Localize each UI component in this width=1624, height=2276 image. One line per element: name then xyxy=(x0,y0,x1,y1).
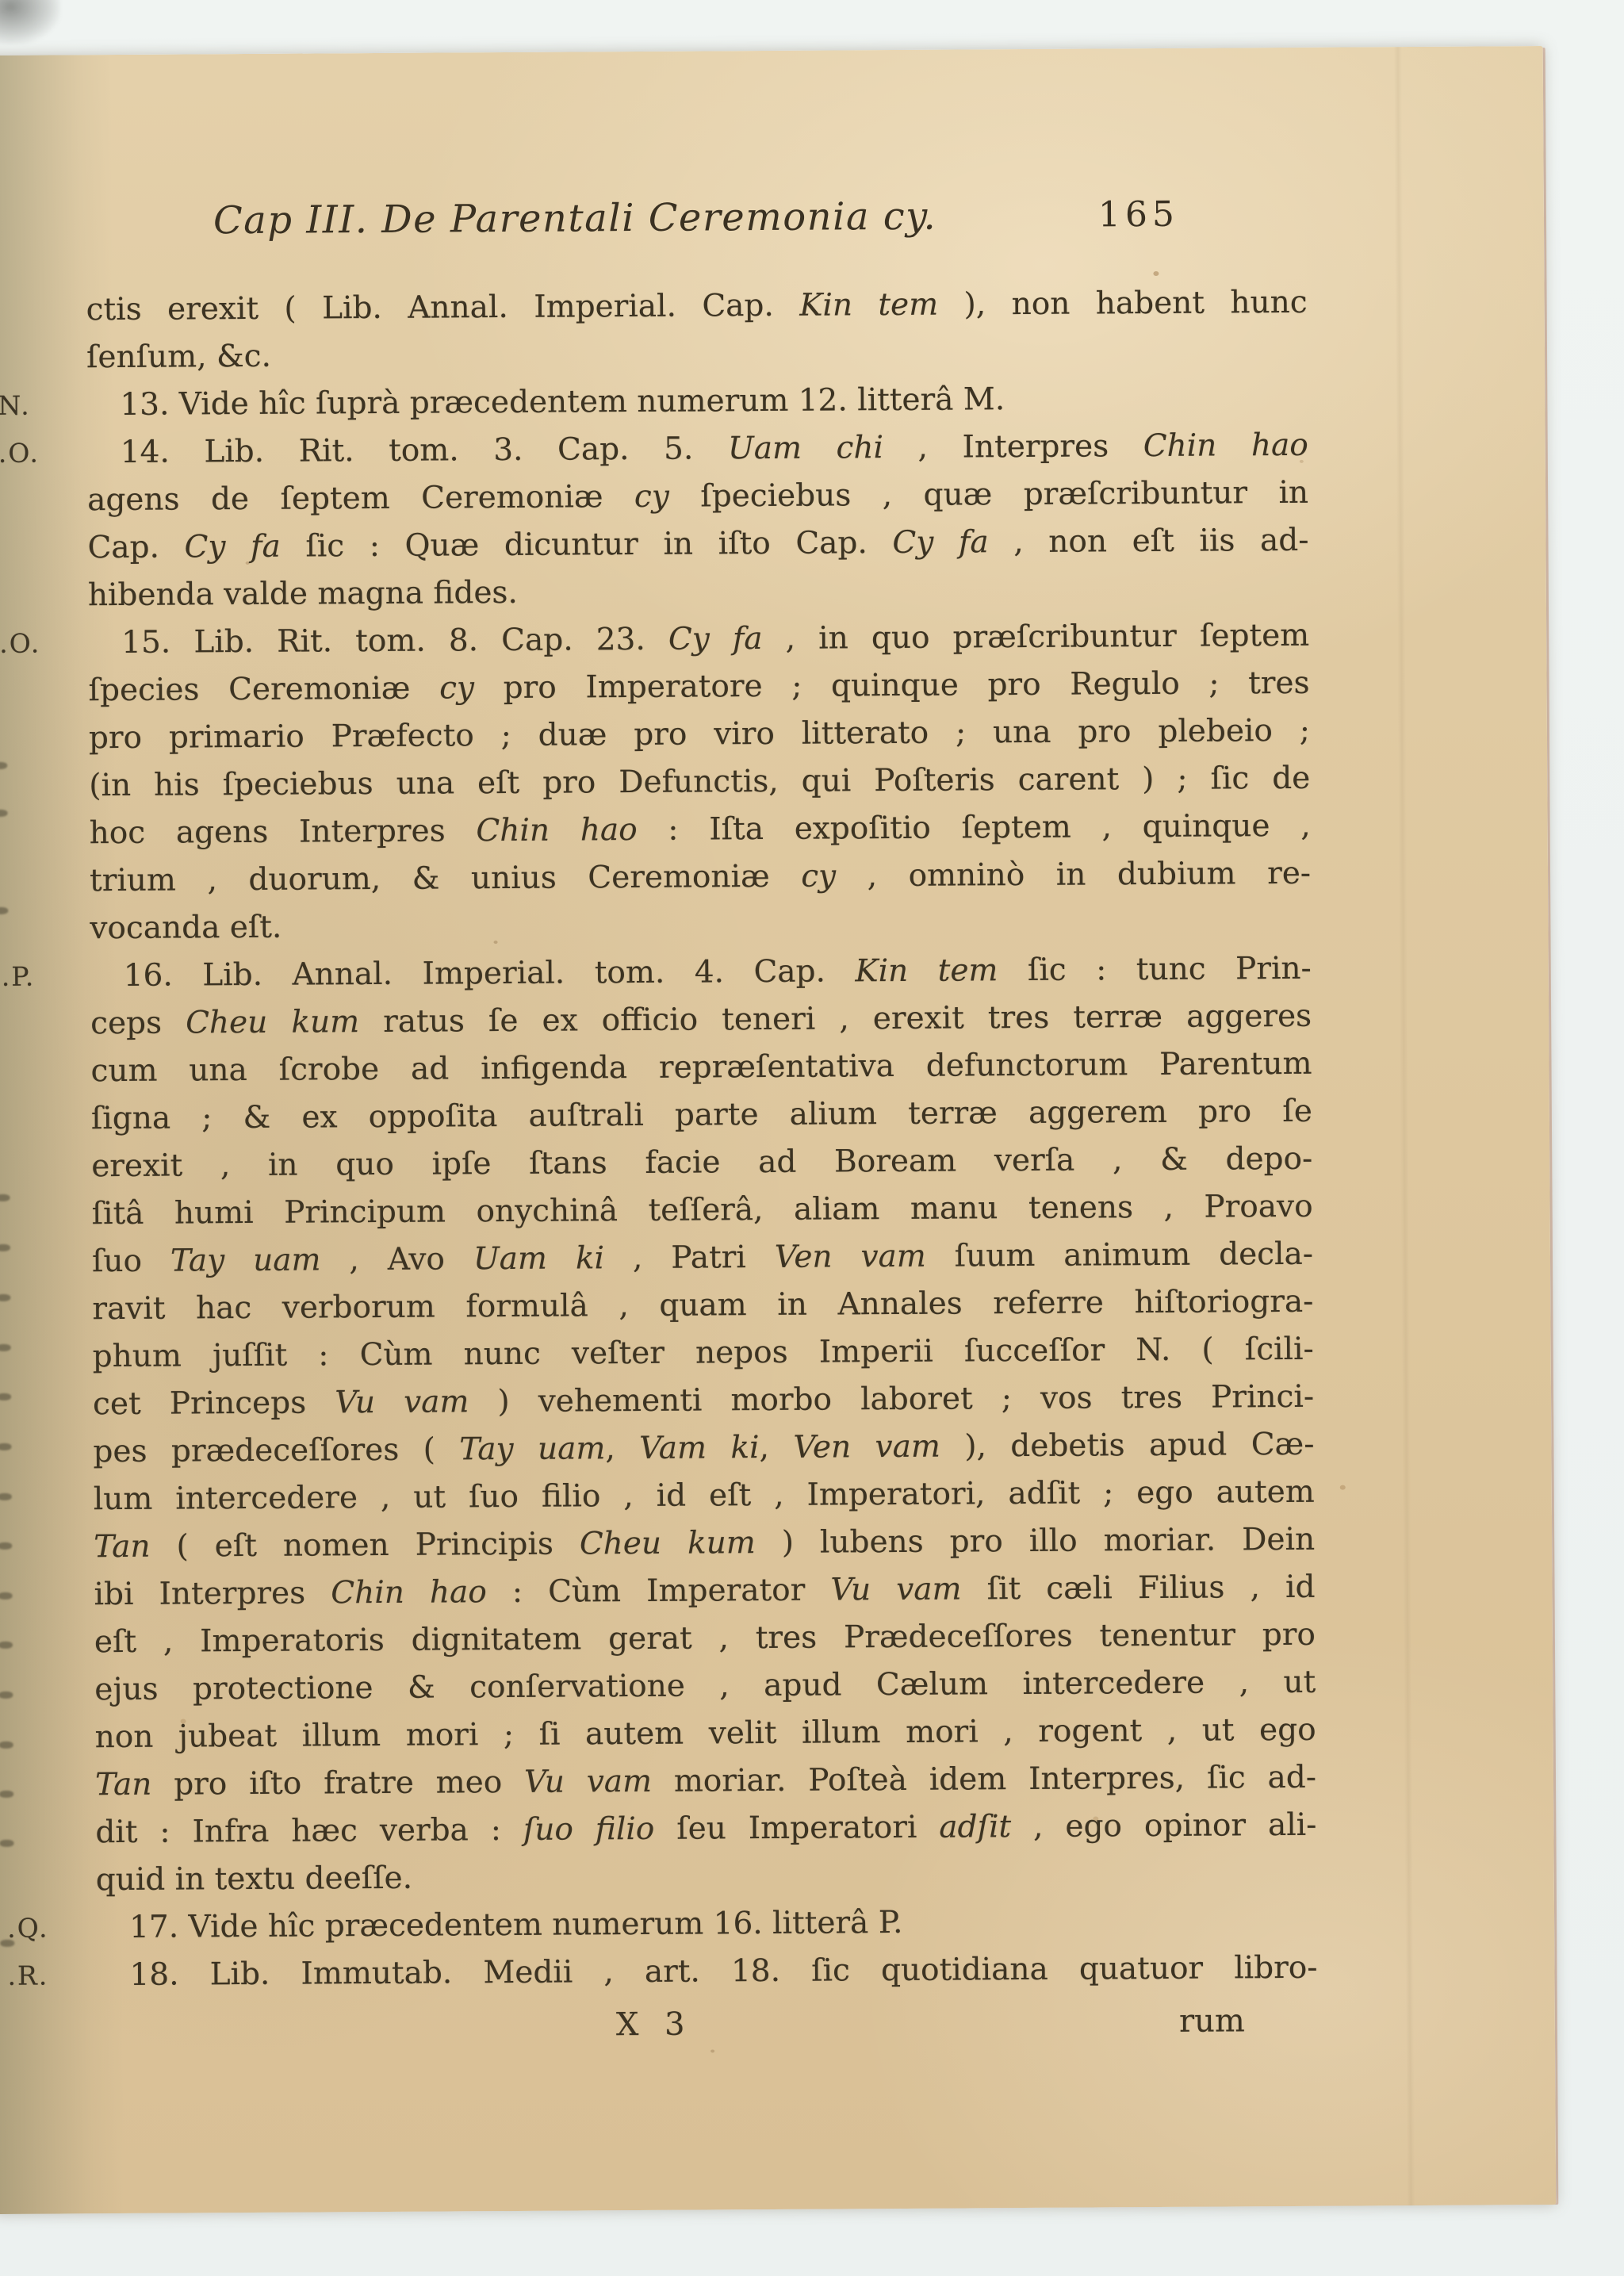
text-segment: ), debetis apud Cæ- xyxy=(940,1427,1315,1465)
edge-ink-fragment xyxy=(0,1840,14,1847)
text-segment: dit : Infra hæc verba : xyxy=(95,1812,523,1850)
text-segment: 13. Vide hîc ſuprà præcedentem numerum 1… xyxy=(120,381,1005,423)
italic-term: Vu vam xyxy=(335,1384,469,1420)
text-segment: 18. Lib. Immutab. Medii , art. 18. ſic q… xyxy=(129,1950,1317,1993)
italic-term: Cy fa xyxy=(892,524,988,561)
text-segment: vocanda eſt. xyxy=(90,910,282,946)
text-segment: , Avo xyxy=(320,1241,473,1278)
signature-line: X 3 rum xyxy=(97,1997,1318,2052)
text-segment: , Interpres xyxy=(883,428,1143,466)
text-segment: lum intercedere , ut ſuo filio , id eſt … xyxy=(94,1474,1315,1517)
text-line: quid in textu deeſſe. xyxy=(96,1849,1317,1904)
italic-term: Uam ki xyxy=(473,1240,604,1277)
italic-term: Chin hao xyxy=(331,1574,487,1611)
text-segment: ratus ſe ex officio teneri , erexit tres… xyxy=(359,998,1312,1040)
edge-ink-fragment xyxy=(0,1642,13,1649)
text-line: trium , duorum, & unius Ceremoniæ cy , o… xyxy=(90,850,1311,905)
text-line: 17. Vide hîc præcedentem numerum 16. lit… xyxy=(96,1897,1317,1952)
paragraph: N.13. Vide hîc ſuprà præcedentem numerum… xyxy=(86,374,1308,429)
text-segment: ſic : Quæ dicuntur in iſto Cap. xyxy=(281,525,893,565)
text-segment: , xyxy=(759,1430,793,1466)
text-line: erexit , in quo ipſe ſtans facie ad Bore… xyxy=(91,1136,1312,1190)
text-segment: pro primario Præfecto ; duæ pro viro lit… xyxy=(89,713,1310,756)
text-segment: ibi Interpres xyxy=(94,1575,331,1612)
margin-reference-letter: .R. xyxy=(7,1952,86,2000)
text-line: pes prædeceſſores ( Tay uam, Vam ki, Ven… xyxy=(93,1421,1314,1476)
italic-term: Tay uam xyxy=(459,1431,605,1467)
text-segment: ſitâ humi Principum onychinâ teſſerâ, al… xyxy=(91,1189,1312,1232)
text-segment: : Iſta expoſitio ſeptem , quinque , xyxy=(637,808,1310,848)
text-segment: ) lubens pro illo moriar. Dein xyxy=(756,1522,1316,1561)
text-line: ceps Cheu kum ratus ſe ex officio teneri… xyxy=(90,993,1312,1048)
text-segment: moriar. Poſteà idem Interpres, ſic ad- xyxy=(652,1760,1316,1799)
italic-term: Ven vam xyxy=(775,1239,926,1275)
text-line: ravit hac verborum formulâ , quam in Ann… xyxy=(92,1278,1313,1333)
text-line: Tan ( eſt nomen Principis Cheu kum ) lub… xyxy=(94,1516,1315,1571)
text-segment: cum una ſcrobe ad infigenda repræſentati… xyxy=(90,1046,1312,1089)
italic-term: Cy fa xyxy=(184,529,280,565)
text-line: eſt , Imperatoris dignitatem gerat , tre… xyxy=(94,1611,1316,1666)
scan-background: { "page": { "header": { "title": "Cap II… xyxy=(0,0,1624,2276)
text-segment: hoc agens Interpres xyxy=(90,813,477,851)
italic-term: Chin hao xyxy=(1143,427,1308,464)
edge-ink-fragment xyxy=(0,1791,13,1798)
text-line: 15. Lib. Rit. tom. 8. Cap. 23. Cy fa , i… xyxy=(88,612,1309,667)
text-line: Tan pro iſto fratre meo Vu vam moriar. P… xyxy=(95,1754,1316,1809)
text-segment: ſit cæli Filius , id xyxy=(961,1569,1315,1607)
text-line: hoc agens Interpres Chin hao : Iſta expo… xyxy=(90,803,1311,857)
text-segment: , xyxy=(605,1431,639,1466)
text-segment: , in quo præſcribuntur ſeptem xyxy=(762,618,1309,657)
italic-term: Uam chi xyxy=(728,430,883,466)
text-segment: quid in textu deeſſe. xyxy=(96,1860,413,1898)
text-segment: ſenſum, &c. xyxy=(86,339,271,375)
italic-term: Vu vam xyxy=(830,1572,961,1608)
text-segment: hibenda valde magna fides. xyxy=(88,575,518,613)
text-segment: 16. Lib. Annal. Imperial. tom. 4. Cap. xyxy=(124,953,856,994)
edge-fragments xyxy=(0,46,1543,56)
text-segment: (in his ſpeciebus una eſt pro Defunctis,… xyxy=(89,761,1310,803)
text-segment: ſpeciebus , quæ præſcribuntur in xyxy=(669,475,1309,515)
text-line: phum juſſit : Cùm nunc veſter nepos Impe… xyxy=(93,1326,1314,1381)
text-segment: ), non habent hunc xyxy=(938,285,1308,323)
edge-ink-fragment xyxy=(0,1493,12,1500)
text-segment: 17. Vide hîc præcedentem numerum 16. lit… xyxy=(129,1905,903,1945)
edge-ink-fragment xyxy=(0,1741,13,1749)
margin-reference-letter: .O. xyxy=(0,429,78,477)
paragraph: ctis erexit ( Lib. Annal. Imperial. Cap.… xyxy=(86,279,1308,381)
italic-term: Ven vam xyxy=(793,1429,940,1466)
italic-term: Kin tem xyxy=(799,287,938,324)
text-line: vocanda eſt. xyxy=(90,898,1311,952)
italic-term: Cheu kum xyxy=(580,1525,756,1561)
page-number: 165 xyxy=(1098,194,1179,236)
edge-ink-fragment xyxy=(0,1940,14,1947)
text-segment: 14. Lib. Rit. tom. 3. Cap. 5. xyxy=(121,431,728,470)
text-segment: ) vehementi morbo laboret ; vos tres Pri… xyxy=(469,1379,1314,1420)
catchword: rum xyxy=(1179,1997,1245,2045)
text-segment: , non eſt iis ad- xyxy=(989,523,1309,560)
text-segment: cet Princeps xyxy=(93,1385,335,1422)
italic-term: Tan xyxy=(94,1529,151,1565)
text-segment: phum juſſit : Cùm nunc veſter nepos Impe… xyxy=(93,1331,1314,1374)
page-crease xyxy=(1394,47,1415,2205)
paragraph: .R.18. Lib. Immutab. Medii , art. 18. ſi… xyxy=(96,1945,1317,1999)
text-line: hibenda valde magna fides. xyxy=(88,565,1309,619)
text-line: non jubeat illum mori ; ſi autem velit i… xyxy=(94,1707,1316,1761)
edge-ink-fragment xyxy=(0,1692,13,1699)
text-line: ſenſum, &c. xyxy=(86,327,1308,381)
text-line: 13. Vide hîc ſuprà præcedentem numerum 1… xyxy=(86,374,1308,429)
text-line: lum intercedere , ut ſuo filio , id eſt … xyxy=(94,1469,1315,1523)
italic-term: adſit xyxy=(939,1809,1011,1845)
margin-reference-letter: N. xyxy=(0,381,78,430)
italic-term: Tan xyxy=(95,1767,152,1803)
text-segment: : Cùm Imperator xyxy=(487,1573,831,1611)
text-line: cum una ſcrobe ad infigenda repræſentati… xyxy=(90,1040,1312,1095)
margin-reference-letter: .O. xyxy=(0,619,79,668)
paragraph: .O.14. Lib. Rit. tom. 3. Cap. 5. Uam chi… xyxy=(87,422,1309,619)
text-segment: 15. Lib. Rit. tom. 8. Cap. 23. xyxy=(121,622,668,661)
text-segment: ſeu Imperatori xyxy=(654,1810,939,1847)
text-segment: erexit , in quo ipſe ſtans facie ad Bore… xyxy=(91,1141,1312,1184)
text-line: pro primario Præfecto ; duæ pro viro lit… xyxy=(89,707,1310,762)
text-line: ſitâ humi Principum onychinâ teſſerâ, al… xyxy=(91,1183,1312,1238)
gathering-signature: X 3 xyxy=(616,2001,693,2049)
text-segment: , Patri xyxy=(604,1240,775,1276)
text-line: ſigna ; & ex oppoſita auſtrali parte ali… xyxy=(91,1088,1312,1143)
text-line: dit : Infra hæc verba : ſuo filio ſeu Im… xyxy=(95,1802,1316,1856)
paragraph: .O.15. Lib. Rit. tom. 8. Cap. 23. Cy fa … xyxy=(88,612,1312,952)
book-page: Cap III. De Parentali Ceremonia cy. 165 … xyxy=(0,46,1556,2214)
text-segment: , omninò in dubium re- xyxy=(836,856,1311,895)
italic-term: Kin tem xyxy=(855,952,998,989)
running-title: Cap III. De Parentali Ceremonia cy. xyxy=(213,194,937,243)
text-body: ctis erexit ( Lib. Annal. Imperial. Cap.… xyxy=(86,279,1317,1999)
text-segment: ſuum animum decla- xyxy=(926,1236,1313,1274)
scan-corner-smudge xyxy=(0,0,60,44)
italic-term: cy xyxy=(439,670,474,706)
paragraph: .Q.17. Vide hîc præcedentem numerum 16. … xyxy=(96,1897,1317,1952)
text-segment: ravit hac verborum formulâ , quam in Ann… xyxy=(92,1284,1313,1327)
text-segment: ctis erexit ( Lib. Annal. Imperial. Cap. xyxy=(86,288,800,328)
text-line: ejus protectione & conſervatione , apud … xyxy=(94,1659,1316,1714)
text-segment: trium , duorum, & unius Ceremoniæ xyxy=(90,859,801,899)
text-line: ſpecies Ceremoniæ cy pro Imperatore ; qu… xyxy=(88,660,1309,715)
edge-ink-fragment xyxy=(0,1592,13,1600)
italic-term: Tay uam xyxy=(170,1242,321,1278)
text-segment: ſigna ; & ex oppoſita auſtrali parte ali… xyxy=(91,1094,1312,1136)
edge-ink-fragment xyxy=(0,1542,12,1550)
italic-term: Cy fa xyxy=(668,621,763,657)
margin-reference-letter: .P. xyxy=(2,952,81,1001)
text-segment: , ego opinor ali- xyxy=(1011,1807,1317,1845)
text-line: ctis erexit ( Lib. Annal. Imperial. Cap.… xyxy=(86,279,1307,334)
italic-term: ſuo filio xyxy=(523,1811,655,1848)
text-segment: agens de ſeptem Ceremoniæ xyxy=(87,479,634,518)
text-segment: ſic : tunc Prin- xyxy=(998,951,1312,988)
text-line: ibi Interpres Chin hao : Cùm Imperator V… xyxy=(94,1564,1315,1619)
italic-term: Chin hao xyxy=(476,812,637,849)
text-line: agens de ſeptem Ceremoniæ cy ſpeciebus ,… xyxy=(87,469,1308,524)
text-line: Cap. Cy fa ſic : Quæ dicuntur in iſto Ca… xyxy=(87,517,1308,572)
italic-term: Vu vam xyxy=(524,1764,652,1800)
italic-term: cy xyxy=(801,858,836,894)
text-segment: ceps xyxy=(90,1005,186,1041)
italic-term: Cheu kum xyxy=(186,1004,359,1040)
text-segment: eſt , Imperatoris dignitatem gerat , tre… xyxy=(94,1617,1316,1660)
text-segment: ſpecies Ceremoniæ xyxy=(88,671,439,709)
margin-reference-letter: .Q. xyxy=(7,1904,86,1952)
text-segment: ejus protectione & conſervatione , apud … xyxy=(94,1665,1316,1707)
text-segment: pro iſto fratre meo xyxy=(151,1764,524,1803)
text-line: 16. Lib. Annal. Imperial. tom. 4. Cap. K… xyxy=(90,945,1312,1000)
text-line: (in his ſpeciebus una eſt pro Defunctis,… xyxy=(89,755,1310,810)
text-segment: ( eſt nomen Principis xyxy=(150,1526,580,1564)
text-segment: pes prædeceſſores ( xyxy=(93,1431,459,1469)
text-line: cet Princeps Vu vam ) vehementi morbo la… xyxy=(93,1374,1314,1428)
text-segment: Cap. xyxy=(87,529,184,565)
text-line: 18. Lib. Immutab. Medii , art. 18. ſic q… xyxy=(96,1945,1317,1999)
text-segment: pro Imperatore ; quinque pro Regulo ; tr… xyxy=(474,665,1310,706)
text-line: 14. Lib. Rit. tom. 3. Cap. 5. Uam chi , … xyxy=(87,422,1308,477)
text-line: ſuo Tay uam , Avo Uam ki , Patri Ven vam… xyxy=(92,1231,1313,1286)
italic-term: cy xyxy=(634,479,669,515)
italic-term: Vam ki xyxy=(639,1430,760,1466)
text-segment: ſuo xyxy=(92,1243,170,1280)
page-header: Cap III. De Parentali Ceremonia cy. 165 xyxy=(0,190,1544,263)
text-segment: non jubeat illum mori ; ſi autem velit i… xyxy=(95,1712,1316,1755)
paragraph: .P.16. Lib. Annal. Imperial. tom. 4. Cap… xyxy=(90,945,1317,1904)
